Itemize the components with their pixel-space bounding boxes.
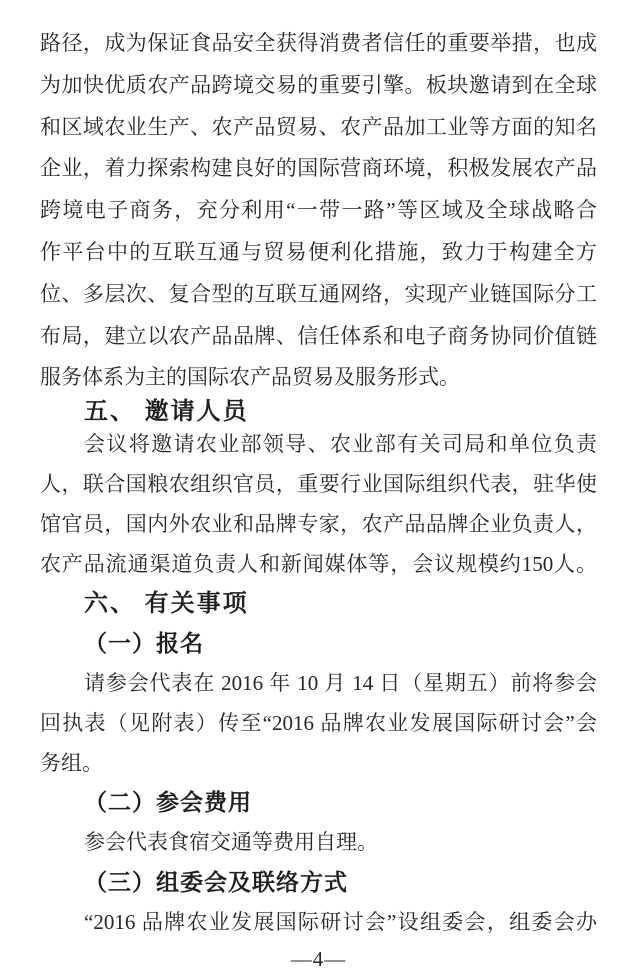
document-page: 路径，成为保证食品安全获得消费者信任的重要举措，也成 为加快优质农产品跨境交易的… xyxy=(0,0,631,976)
paragraph-2-line-3: 馆官员，国内外农业和品牌专家，农产品品牌企业负责人， xyxy=(40,505,597,545)
paragraph-1-line-7: 位、多层次、复合型的互联互通网络，实现产业链国际分工 xyxy=(40,274,597,316)
paragraph-3-line-1: 请参会代表在 2016 年 10 月 14 日（星期五）前将参会 xyxy=(40,664,597,704)
paragraph-2-line-1: 会议将邀请农业部领导、农业部有关司局和单位负责 xyxy=(40,425,597,465)
paragraph-1-line-4: 企业，着力探索构建良好的国际营商环境，积极发展农产品 xyxy=(40,148,597,190)
section-5-heading: 五、 邀请人员 xyxy=(40,399,597,425)
paragraph-1-line-2: 为加快优质农产品跨境交易的重要引擎。板块邀请到在全球 xyxy=(40,65,597,107)
page-number: —4— xyxy=(40,943,597,976)
paragraph-2: 会议将邀请农业部领导、农业部有关司局和单位负责 人，联合国粮农组织官员，重要行业… xyxy=(40,425,597,584)
paragraph-3-line-3: 务组。 xyxy=(40,744,597,784)
paragraph-1-line-6: 作平台中的互联互通与贸易便利化措施，致力于构建全方 xyxy=(40,232,597,274)
paragraph-1-line-1: 路径，成为保证食品安全获得消费者信任的重要举措，也成 xyxy=(40,23,597,65)
paragraph-1: 路径，成为保证食品安全获得消费者信任的重要举措，也成 为加快优质农产品跨境交易的… xyxy=(40,23,597,399)
sub-heading-1-registration: （一）报名 xyxy=(40,624,597,664)
paragraph-4-line-1: 参会代表食宿交通等费用自理。 xyxy=(40,823,597,863)
paragraph-1-line-5: 跨境电子商务，充分利用“一带一路”等区域及全球战略合 xyxy=(40,190,597,232)
paragraph-1-line-3: 和区域农业生产、农产品贸易、农产品加工业等方面的知名 xyxy=(40,107,597,149)
paragraph-3: 请参会代表在 2016 年 10 月 14 日（星期五）前将参会 回执表（见附表… xyxy=(40,664,597,783)
sub-heading-2-fees: （二）参会费用 xyxy=(40,783,597,823)
paragraph-2-line-4: 农产品流通渠道负责人和新闻媒体等，会议规模约150人。 xyxy=(40,545,597,585)
paragraph-1-line-8: 布局，建立以农产品品牌、信任体系和电子商务协同价值链 xyxy=(40,316,597,358)
paragraph-3-line-2: 回执表（见附表）传至“2016 品牌农业发展国际研讨会”会 xyxy=(40,704,597,744)
paragraph-1-line-9: 服务体系为主的国际农产品贸易及服务形式。 xyxy=(40,357,597,399)
section-6-heading: 六、 有关事项 xyxy=(40,584,597,624)
paragraph-2-line-2: 人，联合国粮农组织官员，重要行业国际组织代表，驻华使 xyxy=(40,465,597,505)
sub-heading-3-committee: （三）组委会及联络方式 xyxy=(40,863,597,903)
paragraph-5-line-1: “2016 品牌农业发展国际研讨会”设组委会，组委会办 xyxy=(40,903,597,943)
